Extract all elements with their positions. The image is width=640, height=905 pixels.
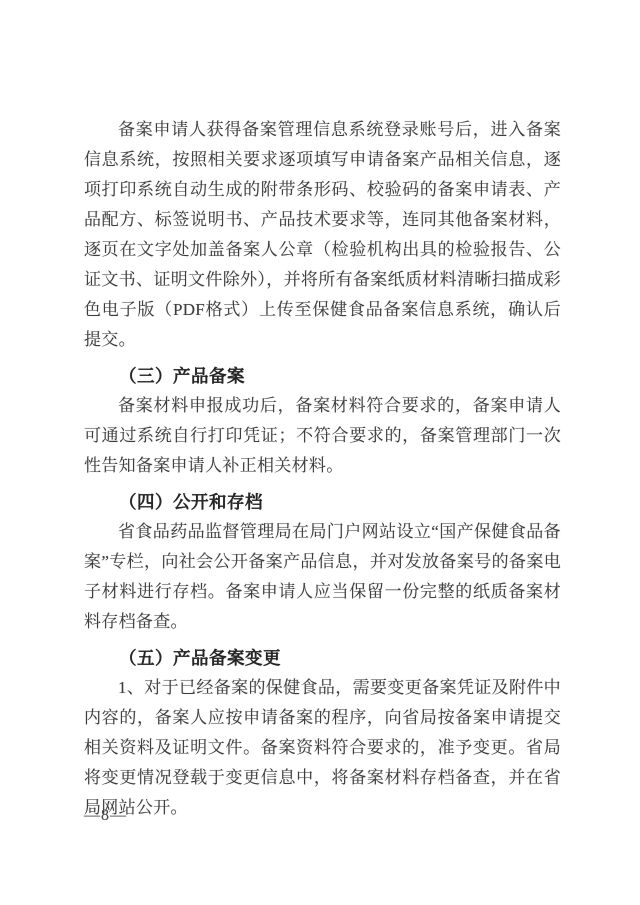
section-heading-product-filing: （三）产品备案 [84, 361, 561, 391]
section-heading-publication-archiving: （四）公开和存档 [84, 487, 561, 517]
document-page: 备案申请人获得备案管理信息系统登录账号后，进入备案信息系统，按照相关要求逐项填写… [0, 0, 640, 905]
body-paragraph-filing-result: 备案材料申报成功后，备案材料符合要求的，备案申请人可通过系统自行打印凭证；不符合… [84, 391, 561, 481]
body-paragraph-online-submission: 备案申请人获得备案管理信息系统登录账号后，进入备案信息系统，按照相关要求逐项填写… [84, 115, 561, 355]
document-body: 备案申请人获得备案管理信息系统登录账号后，进入备案信息系统，按照相关要求逐项填写… [84, 115, 561, 823]
body-paragraph-publication-archiving: 省食品药品监督管理局在局门户网站设立“国产保健食品备案”专栏，向社会公开备案产品… [84, 517, 561, 637]
body-paragraph-filing-change: 1、对于已经备案的保健食品，需要变更备案凭证及附件中内容的，备案人应按申请备案的… [84, 673, 561, 823]
section-heading-filing-change: （五）产品备案变更 [84, 643, 561, 673]
page-number: —8— [84, 806, 127, 826]
